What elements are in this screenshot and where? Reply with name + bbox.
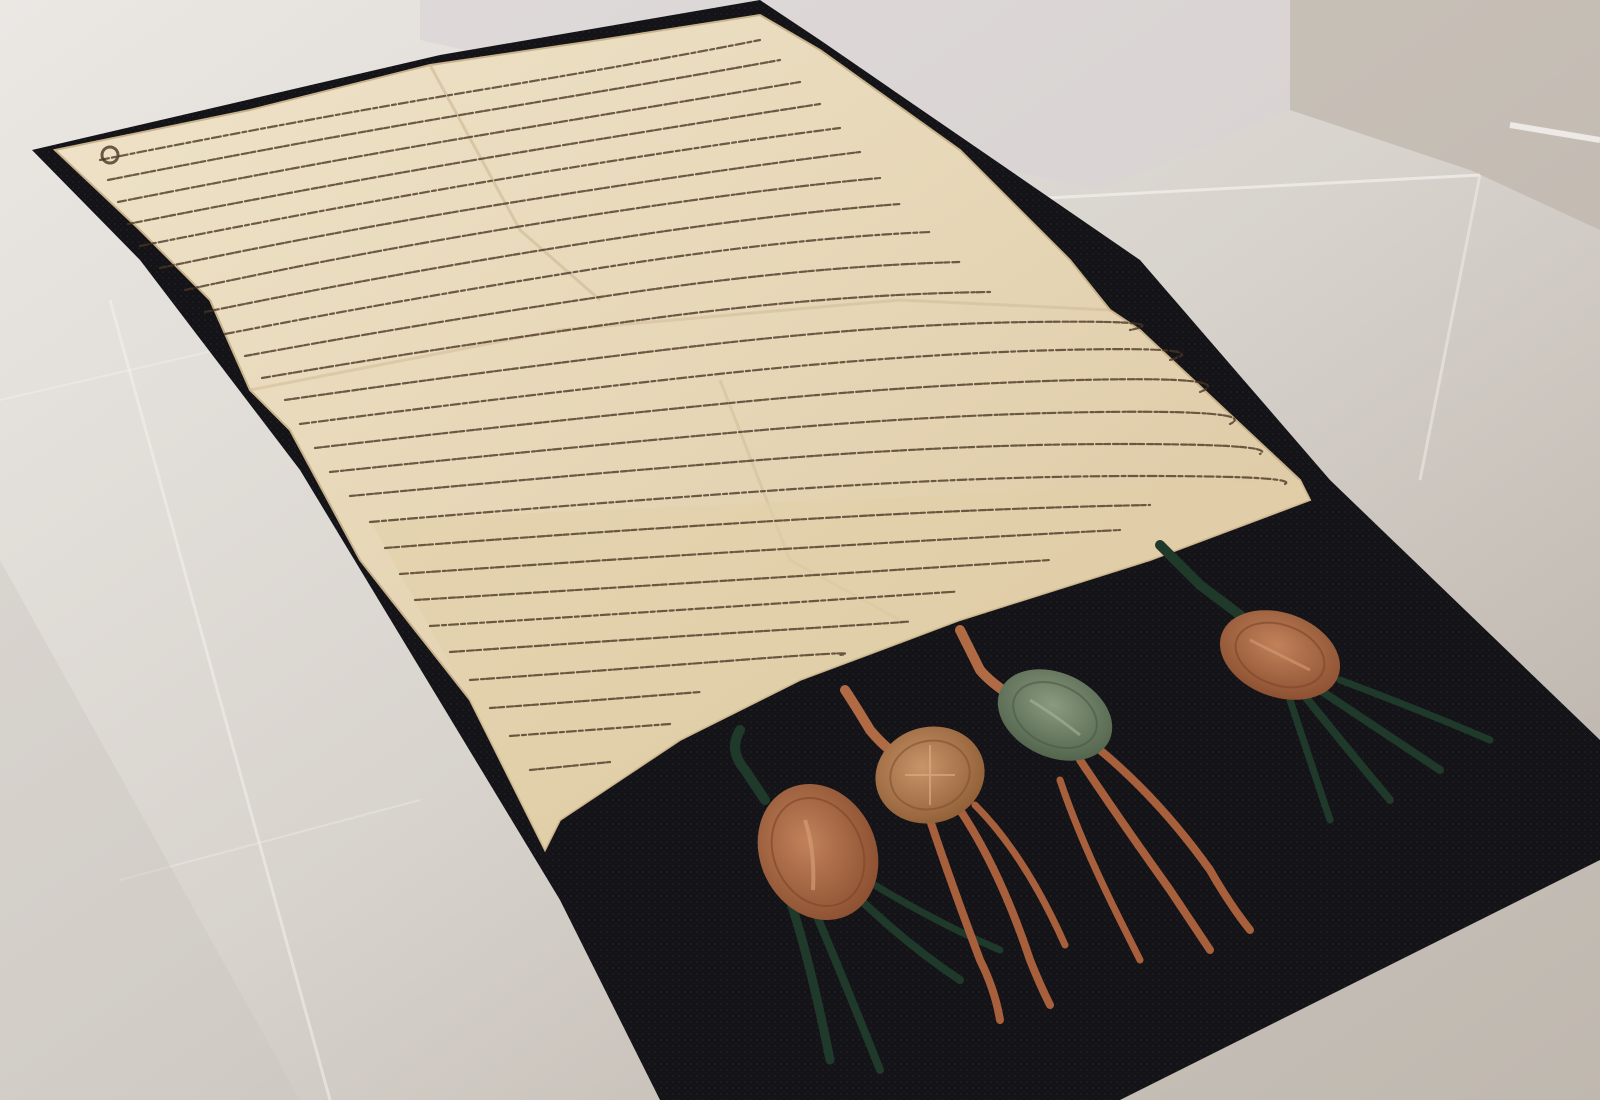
display-case-illustration	[0, 0, 1600, 1100]
museum-scene: Medieval parchment charter with five pen…	[0, 0, 1600, 1100]
